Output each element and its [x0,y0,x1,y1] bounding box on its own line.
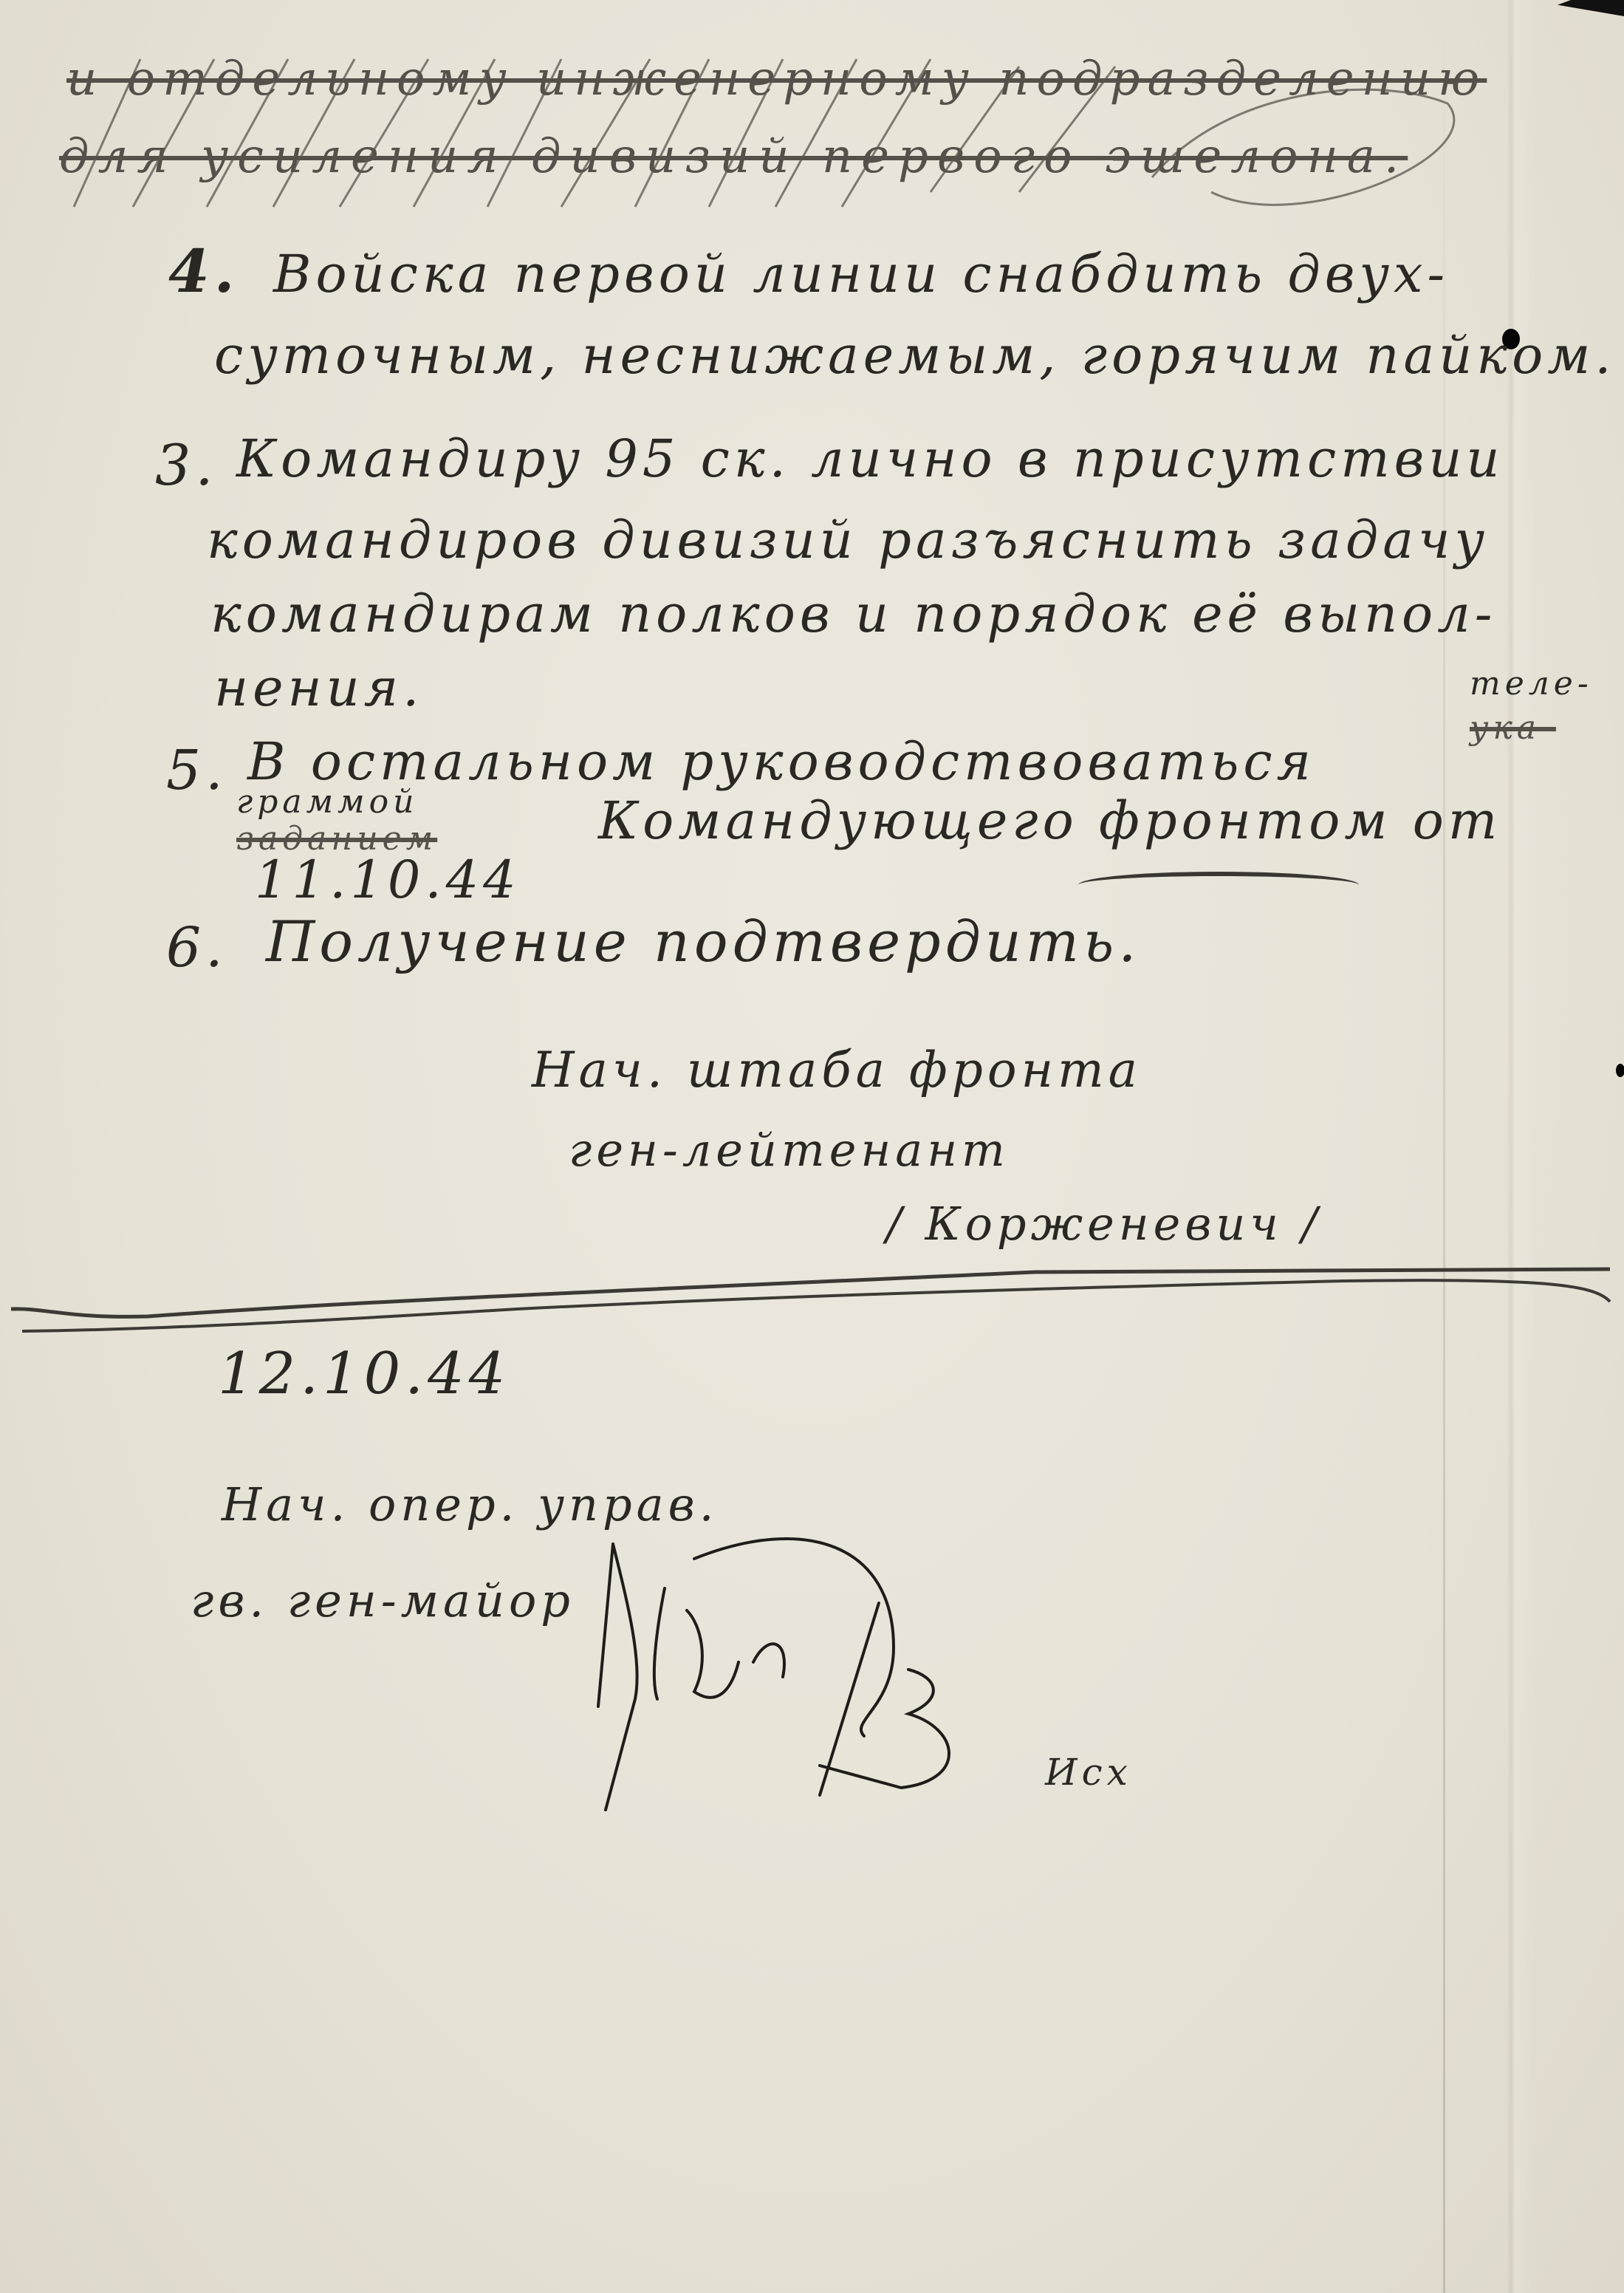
cross-out-scribble [44,44,1610,222]
item-3-line-3: командирам полков и порядок её выпол- [210,584,1496,644]
item-4-line-2: суточным, неснижаемым, горячим пайком. [214,325,1616,386]
handwritten-signature [583,1514,982,1817]
item-4-number: 4. [168,236,239,306]
chief-of-staff-title: Нач. штаба фронта [532,1042,1142,1098]
item-6-number: 6. [166,916,227,980]
chief-of-staff-name: / Корженевич / [886,1197,1321,1251]
document-date: 12.10.44 [218,1341,510,1407]
item-6-line-1: Получение подтвердить. [266,909,1140,974]
item-3-line-4: нения. [214,657,423,718]
item-3-line-1: Командиру 95 ск. лично в присутствии [236,428,1504,489]
item-5-left-insert: граммой [236,783,418,821]
item-5-number: 5. [166,739,227,802]
edge-hole [1616,1064,1624,1077]
underline-flourish [1078,872,1359,898]
item-4-line-1: Войска первой линии снабдить двух- [273,244,1449,304]
outgoing-mark: Исх [1045,1751,1132,1794]
item-5-margin-insert: теле- [1470,665,1593,703]
item-5-line-3: 11.10.44 [255,850,521,910]
ops-chief-rank: гв. ген-майор [191,1573,575,1627]
item-3-number: 3. [155,432,218,498]
item-5-margin-struck: ука- [1470,709,1556,747]
double-separator-line [0,1256,1624,1344]
item-5-line-2: Командующего фронтом от [598,790,1501,851]
item-3-line-2: командиров дивизий разъяснить задачу [207,510,1489,570]
chief-of-staff-rank: ген-лейтенант [569,1123,1010,1177]
